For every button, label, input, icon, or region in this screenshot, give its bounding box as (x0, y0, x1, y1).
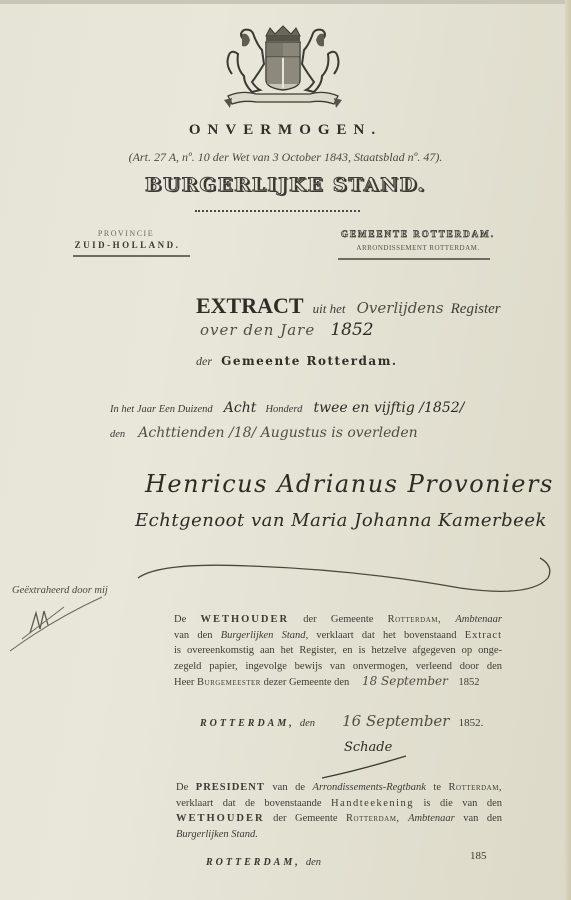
wd-line-3: is overeenkomstig aan het Register, en i… (174, 643, 502, 659)
wethouder-year: 1852. (459, 717, 484, 729)
wd-extract: Extract (465, 630, 502, 641)
province-underline (73, 255, 190, 257)
extract-year-line: over den Jare 1852 (200, 320, 374, 340)
president-place-date-line: ROTTERDAM, den (206, 850, 321, 869)
wd-wethouder: WETHOUDER (200, 614, 289, 625)
document-title: ONVERMOGEN. (0, 122, 571, 139)
wd-ambtenaar: Ambtenaar (455, 614, 502, 625)
pd-president: PRESIDENT (196, 782, 265, 793)
legal-reference: (Art. 27 A, nº. 10 der Wet van 3 October… (0, 150, 571, 165)
extract-gemeente: Gemeente Rotterdam. (221, 354, 398, 368)
handwritten-spouse: Echtgenoot van Maria Johanna Kamerbeek (135, 510, 547, 531)
handwritten-year-words: twee en vijftig /1852/ (313, 400, 464, 416)
wd-rotterdam: Rotterdam, (388, 614, 442, 625)
wd-van-den: van den (174, 630, 213, 641)
pd-burgerlijken-stand: Burgerlijken Stand. (176, 829, 258, 840)
handwritten-acht: Acht (224, 400, 257, 416)
pd-wethouder: WETHOUDER (176, 813, 265, 824)
extract-register: Register (451, 301, 501, 317)
province-value: ZUID-HOLLAND. (70, 240, 185, 250)
pd-van-den: van den (463, 813, 502, 824)
handwritten-register-type: Overlijdens (357, 299, 444, 317)
pd-rotterdam-2: Rotterdam, (346, 813, 400, 824)
wethouder-handwritten-date: 16 September (342, 712, 449, 730)
wd-verklaart: , verklaart dat het bovenstaand (306, 630, 457, 641)
wd-burgemeester: Burgemeester (197, 677, 261, 688)
pd-te: te (433, 782, 441, 793)
extract-gemeente-line: der Gemeente Rotterdam. (196, 350, 398, 369)
record-honderd: Honderd (265, 404, 302, 415)
handwritten-year-prefix: over den Jare (200, 321, 315, 339)
record-date-line: den Achttienden /18/ Augustus is overled… (110, 422, 418, 441)
president-den: den (306, 857, 321, 868)
wethouder-declaration: De WETHOUDER der Gemeente Rotterdam, Amb… (174, 612, 502, 691)
pd-rotterdam: Rotterdam, (449, 782, 503, 793)
president-declaration: De PRESIDENT van de Arrondissements-Regt… (176, 780, 502, 842)
pd-is-die-van-den: is die van den (424, 798, 503, 809)
wd-handwritten-date: 18 September (362, 674, 448, 688)
pd-handteekening: Handteekening (331, 798, 414, 809)
wethouder-den: den (300, 718, 315, 729)
extract-der: der (196, 354, 212, 368)
pd-verklaart: verklaart dat de bovenstaande (176, 798, 322, 809)
extract-title-line: EXTRACT uit het Overlijdens Register (196, 293, 501, 319)
wd-year: 1852 (458, 677, 479, 688)
president-year: 185 (470, 850, 487, 862)
pd-de: De (176, 782, 188, 793)
district-name: ARRONDISSEMENT ROTTERDAM. (318, 244, 518, 252)
paper-edge-top (0, 0, 571, 4)
record-den: den (110, 429, 125, 440)
extract-uit-het: uit het (313, 301, 346, 316)
record-year-intro: In het Jaar Een Duizend (110, 404, 213, 415)
registry-heading: BURGERLIJKE STAND. (0, 174, 571, 196)
wd-heer: Heer (174, 677, 194, 688)
municipality-underline (338, 258, 490, 260)
handwritten-flourish (130, 548, 560, 602)
margin-initials-signature (4, 595, 104, 659)
wethouder-place: ROTTERDAM, (200, 718, 295, 729)
wd-der-gemeente: der Gemeente (303, 614, 373, 625)
coat-of-arms-icon (222, 24, 344, 112)
wd-dezer-gemeente: dezer Gemeente den (264, 677, 350, 688)
pd-van-de: van de (272, 782, 305, 793)
handwritten-deceased-name: Henricus Adrianus Provoniers (145, 470, 554, 498)
pd-rechtbank: Arrondissements-Regtbank (313, 782, 426, 793)
decorative-divider (195, 210, 360, 212)
wd-de: De (174, 614, 186, 625)
wethouder-place-date-line: ROTTERDAM, den 16 September 1852. (200, 711, 483, 730)
president-place: ROTTERDAM, (206, 857, 301, 868)
province-label: PROVINCIE (76, 229, 176, 238)
wd-line-4: zegeld papier, ingevolge bewijs van onve… (174, 659, 502, 675)
record-year-line: In het Jaar Een Duizend Acht Honderd twe… (110, 397, 464, 416)
handwritten-year: 1852 (330, 320, 373, 340)
wd-burgerlijken-stand: Burgerlijken Stand (221, 630, 306, 641)
handwritten-date-of-death: Achttienden /18/ Augustus is overleden (138, 425, 417, 441)
pd-der-gemeente: der Gemeente (273, 813, 337, 824)
extract-title: EXTRACT (196, 293, 304, 318)
pd-ambtenaar: Ambtenaar (408, 813, 455, 824)
municipality-name: GEMEENTE ROTTERDAM. (318, 229, 518, 239)
